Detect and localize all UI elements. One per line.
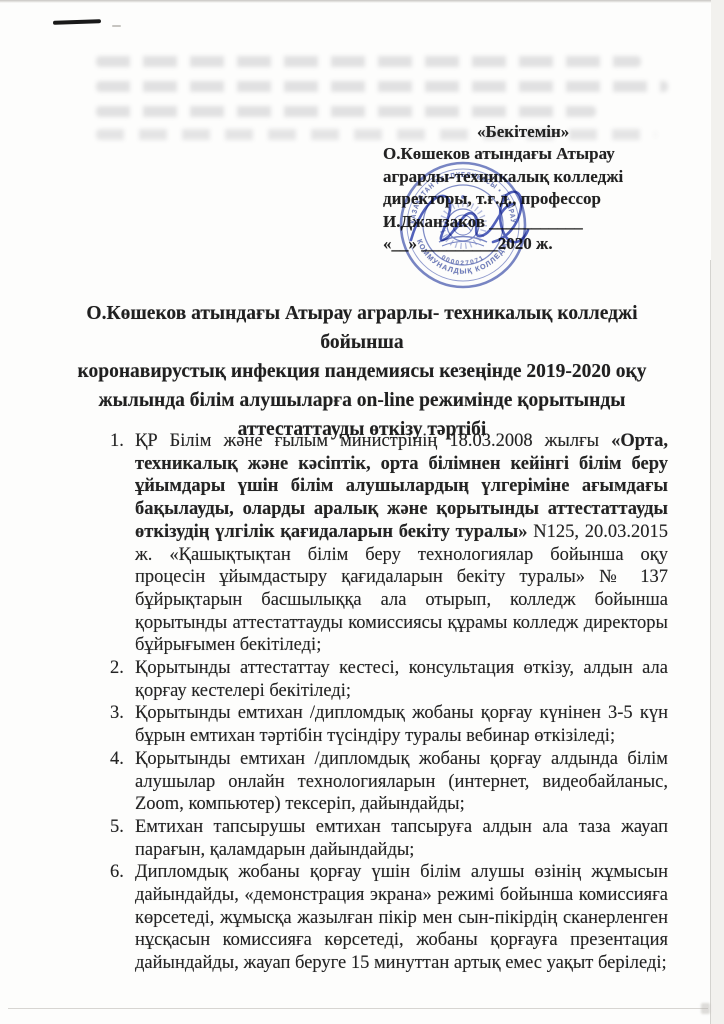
list-item-number: 1. bbox=[110, 430, 124, 453]
bleed-through-line bbox=[96, 81, 668, 92]
list-item-text: ҚР Білім және ғылым министрінің 18.03.20… bbox=[135, 431, 611, 451]
list-item-text: Қорытынды емтихан /дипломдық жобаны қорғ… bbox=[135, 749, 668, 814]
list-item: 6.Дипломдық жобаны қорғау үшін білім алу… bbox=[135, 861, 668, 975]
scanned-document-page: «Бекітемін» О.Көшеков атындағы Атырау аг… bbox=[0, 0, 724, 1024]
pen-mark bbox=[53, 19, 101, 25]
list-item-text: Қорытынды аттестаттау кестесі, консульта… bbox=[135, 658, 668, 701]
scan-corner-mark bbox=[701, 1003, 710, 1014]
list-item: 2.Қорытынды аттестаттау кестесі, консуль… bbox=[135, 657, 668, 702]
list-item-text: Емтихан тапсырушы емтихан тапсыруға алды… bbox=[135, 817, 668, 860]
scan-top-edge bbox=[0, 0, 724, 3]
list-item-number: 3. bbox=[110, 702, 124, 725]
list-item-number: 6. bbox=[110, 861, 124, 884]
bleed-through-line bbox=[96, 56, 641, 67]
title-line: жылында білім алушыларға on-line режимін… bbox=[52, 386, 672, 415]
list-item: 3.Қорытынды емтихан /дипломдық жобаны қо… bbox=[135, 702, 668, 747]
document-title: О.Көшеков атындағы Атырау аграрлы- техни… bbox=[52, 299, 672, 444]
list-item-text: Дипломдық жобаны қорғау үшін білім алушы… bbox=[135, 862, 668, 973]
scan-right-edge-line bbox=[710, 260, 711, 1024]
numbered-list: 1.ҚР Білім және ғылым министрінің 18.03.… bbox=[135, 430, 668, 975]
list-item: 4.Қорытынды емтихан /дипломдық жобаны қо… bbox=[135, 748, 668, 816]
title-line: коронавирустық инфекция пандемиясы кезең… bbox=[52, 357, 672, 386]
list-item-number: 5. bbox=[110, 816, 124, 839]
list-item: 5.Емтихан тапсырушы емтихан тапсыруға ал… bbox=[135, 816, 668, 861]
scan-speck bbox=[112, 25, 121, 27]
list-item-number: 2. bbox=[110, 657, 124, 680]
bleed-through-line bbox=[96, 106, 596, 117]
list-item-text: Қорытынды емтихан /дипломдық жобаны қорғ… bbox=[135, 703, 668, 746]
list-item-number: 4. bbox=[110, 748, 124, 771]
director-signature bbox=[395, 178, 595, 263]
scan-bottom-edge-line bbox=[8, 1008, 708, 1009]
approval-word: «Бекітемін» bbox=[383, 121, 659, 143]
scan-right-edge-band bbox=[711, 0, 724, 1024]
list-item: 1.ҚР Білім және ғылым министрінің 18.03.… bbox=[135, 430, 668, 657]
title-line: О.Көшеков атындағы Атырау аграрлы- техни… bbox=[52, 299, 672, 357]
